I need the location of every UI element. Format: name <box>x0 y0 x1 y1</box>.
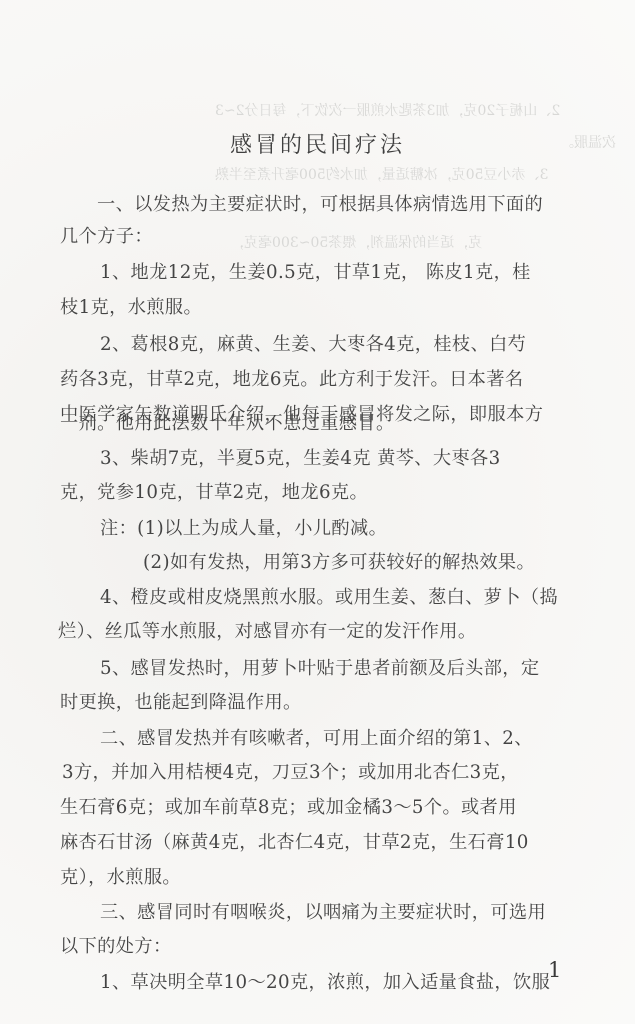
paragraph-line: 3、柴胡7克，半夏5克，生姜4克 黄芩、大枣各3 <box>100 444 501 470</box>
paragraph-line: 药各3克，甘草2克，地龙6克。此方利于发汗。日本著名 <box>60 365 523 391</box>
paragraph-line: 5、感冒发热时，用萝卜叶贴于患者前额及后头部，定 <box>100 654 540 680</box>
paragraph-line: 几个方子： <box>60 222 153 248</box>
paragraph-line: 克），水煎服。 <box>60 863 181 889</box>
paragraph-line: 2、葛根8克，麻黄、生姜、大枣各4克，桂枝、白芍 <box>100 330 526 356</box>
paragraph-line: 1、草决明全草10～20克，浓煎，加入适量食盐，饮服 <box>100 968 550 994</box>
paragraph-line: 三、感冒同时有咽喉炎，以咽痛为主要症状时，可选用 <box>100 898 546 924</box>
paragraph-line: 4、橙皮或柑皮烧黑煎水服。或用生姜、葱白、萝卜（捣 <box>100 583 558 609</box>
paragraph-line: 二、感冒发热并有咳嗽者，可用上面介绍的第1、2、 <box>100 724 533 750</box>
paragraph-line: 烂）、丝瓜等水煎服，对感冒亦有一定的发汗作用。 <box>58 617 476 643</box>
paragraph-line: 注：(1)以上为成人量，小儿酌减。 <box>100 514 387 540</box>
paragraph-line: 时更换，也能起到降温作用。 <box>60 688 302 714</box>
bleed-through-text: 克，适当的保温剂，煨茶50~300毫克， <box>230 232 482 252</box>
paragraph-line: 3方，并加入用桔梗4克，刀豆3个；或加用北杏仁3克， <box>62 758 519 784</box>
scanned-page: 2、山栀子20克，加3茶匙水煎服一次饮下，每日分2~3 次温服。 3、赤小豆50… <box>0 0 635 1024</box>
paragraph-line: 一、以发热为主要症状时，可根据具体病情选用下面的 <box>97 190 543 216</box>
paragraph-line: 麻杏石甘汤（麻黄4克，北杏仁4克，甘草2克，生石膏10 <box>60 828 529 854</box>
paragraph-line: 生石膏6克；或加车前草8克；或加金橘3～5个。或者用 <box>60 793 517 819</box>
paragraph-line: 枝1克，水煎服。 <box>60 293 202 319</box>
document-title: 感冒的民间疗法 <box>0 128 635 159</box>
paragraph-line: 一剂。他用此法数十年从不患过重感冒。 <box>60 409 395 435</box>
bleed-through-text: 3、赤小豆50克，冰糖适量，加水约500毫升煮至半熟 <box>215 164 548 184</box>
paragraph-line: (2)如有发热，用第3方多可获较好的解热效果。 <box>143 548 535 574</box>
bleed-through-text: 2、山栀子20克，加3茶匙水煎服一次饮下，每日分2~3 <box>215 100 560 120</box>
paragraph-line: 克，党参10克，甘草2克，地龙6克。 <box>60 478 368 504</box>
paragraph-line: 以下的处方： <box>60 932 172 958</box>
paragraph-line: 1、地龙12克，生姜0.5克，甘草1克， 陈皮1克，桂 <box>100 258 531 284</box>
page-number: 1 <box>548 958 561 982</box>
